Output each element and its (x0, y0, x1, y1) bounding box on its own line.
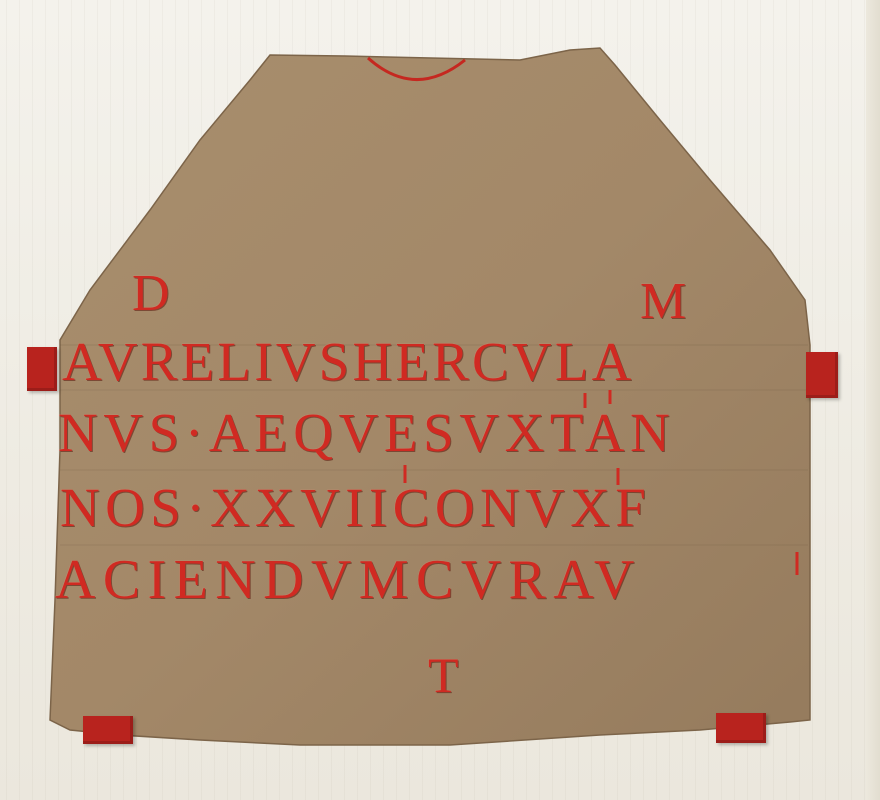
inscription-footer: T (428, 650, 459, 700)
inscription-header-left: D (132, 268, 170, 320)
mounting-clip-bottom-left (83, 716, 133, 744)
inscription-line-4: ACIENDVMCVRAV (55, 552, 642, 608)
inscription-line-2: NVS·AEQVESVXTAN (58, 405, 675, 460)
mounting-clip-bottom-right (716, 713, 766, 743)
inscription-header-right: M (640, 276, 686, 328)
mounting-clip-right (806, 352, 838, 398)
inscription-line-3: NOS·XXVIICONVXF (60, 480, 651, 535)
stone-body (50, 48, 810, 745)
inscription-line-1: AVRELIVSHERCVLA (62, 334, 635, 389)
mounting-clip-left (27, 347, 57, 391)
